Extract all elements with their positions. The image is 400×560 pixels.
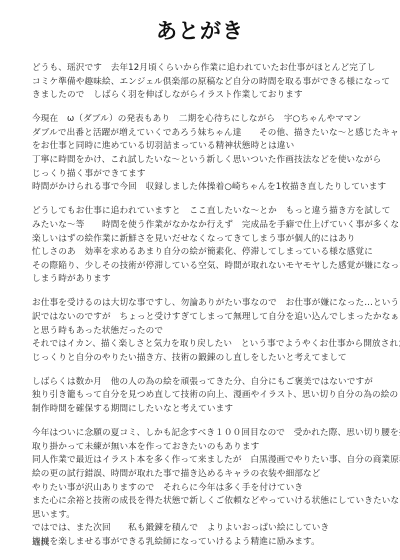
author-signature: 瑶沢 <box>32 537 49 551</box>
text-line: また心に余裕と技術の成長を得た状態で新しくご依頼などやっていける状態にしていきた… <box>32 495 394 509</box>
text-line: 丁寧に時間をかけ、これ試したいな〜という新しく思いついた作画技法などを使いながら <box>32 154 394 168</box>
text-line: しばらくは数か月 他の人の為の絵を頑張ってきた分、自分にもご褒美ではないですが <box>32 376 394 390</box>
paragraph-intro: どうも、瑶沢です 去年12月頃くらいから作業に追われていたお仕事がほとんど完了し… <box>32 62 394 103</box>
text-line: コミケ準備や趣味絵、エンジェル倶楽部の原稿など自分の時間を取る事ができる様になっ… <box>32 76 394 90</box>
paragraph-overwork: お仕事を受けるのは大切な事ですし、勿論ありがたい事なので お仕事が嫌になった…と… <box>32 297 394 365</box>
text-line: 今年はついに念願の夏コミ、しかも記念すべき１００回目なので 受かれた際、思い切り… <box>32 427 394 441</box>
text-line: 訳ではないのですが ちょっと受けすぎてしまって無理して自分を追い込んでしまったか… <box>32 311 394 325</box>
text-line: 皆様を楽しませる事ができる乳絵師になっていけるよう精進に励みます。 <box>32 536 394 550</box>
text-line: 取り掛かって未練が無い本を作っておきたいのもあります <box>32 441 394 455</box>
text-line: 絵の更の試行錯誤、時間が取れた事で描き込めるキャラの衣装や細部など <box>32 468 394 482</box>
text-line: じっくりと自分のやりたい描き方、技術の鍛錬のし直しをしたいと考えてまして <box>32 352 394 366</box>
text-line: じっくり描く事ができてます <box>32 168 394 182</box>
text-line: ではでは、また次回 私も鍛錬を積んで よりよいおっぱい絵にしていき <box>32 522 394 536</box>
text-line: 時間がかけられる事で今回 収録しました体操着○崎ちゃんを1枚描き直したりしていま… <box>32 181 394 195</box>
text-line: どうしてもお仕事に追われていますと ここ直したいな〜とか もっと違う描き方を試し… <box>32 205 394 219</box>
text-line: 楽しいはずの絵作業に新鮮さを見いだせなくなってきてしまう事が個人的にはあり <box>32 233 394 247</box>
text-line: みたいな〜等 時間を使う作業がなかなか行えず 完成品を手癖で仕上げていく事が多く… <box>32 219 394 233</box>
page-title: あとがき <box>0 18 400 44</box>
text-line: それではイカン、描く楽しさと気力を取り戻したい という事でようやくお仕事から開放… <box>32 338 394 352</box>
text-line: 独り引き籠もって自分を見つめ直して技術の向上、漫画やイラスト、思い切り自分の為の… <box>32 389 394 403</box>
text-line: 思います。 <box>32 509 394 523</box>
text-line: お仕事を受けるのは大切な事ですし、勿論ありがたい事なので お仕事が嫌になった…と… <box>32 297 394 311</box>
text-line: きましたので しばらく羽を伸ばしながらイラスト作業しております <box>32 89 394 103</box>
paragraph-closing: 今年はついに念願の夏コミ、しかも記念すべき１００回目なので 受かれた際、思い切り… <box>32 427 394 549</box>
text-line: 同人作業で最近はイラスト本を多く作って来ましたが 白黒漫画でやりたい事、自分の商… <box>32 454 394 468</box>
text-line: をお仕事と同時に進めている切羽詰まっている精神状態時とは違い <box>32 140 394 154</box>
paragraph-plans: しばらくは数か月 他の人の為の絵を頑張ってきた分、自分にもご褒美ではないですが … <box>32 376 394 417</box>
text-line: 今現在 ω（ダブル）の発表もあり 二期を心待ちにしながら 宇○ちゃんやママン <box>32 113 394 127</box>
text-line: ダブルで出番と活躍が増えていくであろう妹ちゃん達 その他、描きたいな〜と感じたキ… <box>32 127 394 141</box>
text-line: 制作時間を確保する期間にしたいなと考えています <box>32 403 394 417</box>
paragraph-current-work: 今現在 ω（ダブル）の発表もあり 二期を心待ちにしながら 宇○ちゃんやママン ダ… <box>32 113 394 195</box>
text-line: と思う時もあった状態だったので <box>32 325 394 339</box>
afterword-page: あとがき どうも、瑶沢です 去年12月頃くらいから作業に追われていたお仕事がほと… <box>0 0 400 560</box>
paragraph-stagnation: どうしてもお仕事に追われていますと ここ直したいな〜とか もっと違う描き方を試し… <box>32 205 394 287</box>
text-line: やりたい事が沢山ありますので それらに今年は多く手を付けていき <box>32 482 394 496</box>
text-line: しまう時があります <box>32 273 394 287</box>
afterword-body: どうも、瑶沢です 去年12月頃くらいから作業に追われていたお仕事がほとんど完了し… <box>32 62 394 560</box>
text-line: どうも、瑶沢です 去年12月頃くらいから作業に追われていたお仕事がほとんど完了し <box>32 62 394 76</box>
text-line: 忙しさのあ 効率を求めるあまり自分の絵が簡素化、停滞してしまっている様な感覚に <box>32 246 394 260</box>
text-line: その際陥り、少しその技術が停滞している空気、時間が取れないモヤモヤした感覚が嫌に… <box>32 260 394 274</box>
